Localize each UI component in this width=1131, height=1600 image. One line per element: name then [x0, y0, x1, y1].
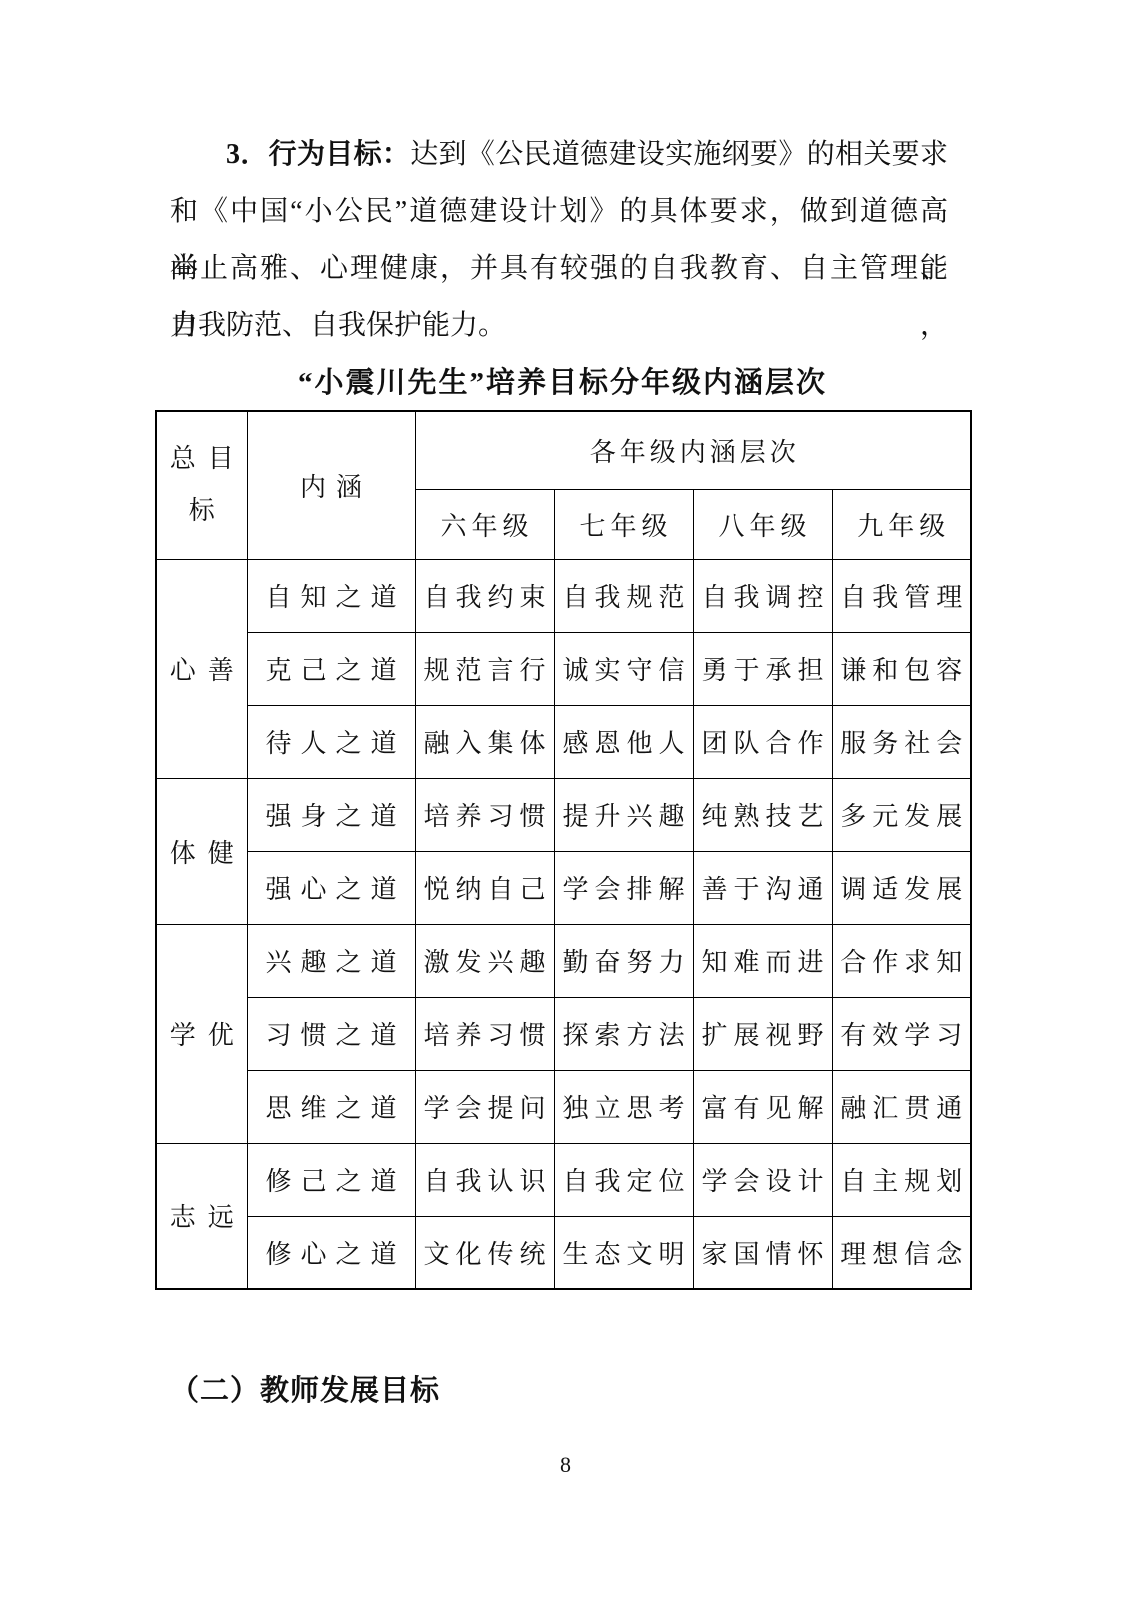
value-cell: 规范言行 [415, 632, 554, 705]
value-cell: 调适发展 [832, 851, 971, 924]
value-cell: 谦和包容 [832, 632, 971, 705]
table-row: 体健 强身之道 培养习惯 提升兴趣 纯熟技艺 多元发展 [156, 778, 971, 851]
header-grade-levels-span: 各年级内涵层次 [415, 411, 971, 489]
header-row-1: 总目 标 内涵 各年级内涵层次 [156, 411, 971, 489]
group-name-xueyou: 学优 [156, 924, 247, 1143]
table-row: 克己之道 规范言行 诚实守信 勇于承担 谦和包容 [156, 632, 971, 705]
value-cell: 培养习惯 [415, 997, 554, 1070]
table-row: 待人之道 融入集体 感恩他人 团队合作 服务社会 [156, 705, 971, 778]
group-name-tijian: 体健 [156, 778, 247, 924]
header-grade-6: 六年级 [415, 489, 554, 559]
value-cell: 善于沟通 [693, 851, 832, 924]
value-cell: 学会排解 [554, 851, 693, 924]
value-cell: 富有见解 [693, 1070, 832, 1143]
value-cell: 勇于承担 [693, 632, 832, 705]
value-cell: 自我约束 [415, 559, 554, 632]
value-cell: 自我规范 [554, 559, 693, 632]
header-connotation: 内涵 [247, 411, 415, 559]
dao-cell: 自知之道 [247, 559, 415, 632]
dao-cell: 修己之道 [247, 1143, 415, 1216]
value-cell: 融入集体 [415, 705, 554, 778]
value-cell: 理想信念 [832, 1216, 971, 1289]
table-row: 心善 自知之道 自我约束 自我规范 自我调控 自我管理 [156, 559, 971, 632]
group-name-zhiyuan: 志远 [156, 1143, 247, 1289]
value-cell: 服务社会 [832, 705, 971, 778]
dao-cell: 兴趣之道 [247, 924, 415, 997]
paragraph-lead-bold: 3．行为目标： [226, 139, 410, 170]
value-cell: 诚实守信 [554, 632, 693, 705]
group-name-xinshan: 心善 [156, 559, 247, 778]
dao-cell: 强身之道 [247, 778, 415, 851]
value-cell: 多元发展 [832, 778, 971, 851]
table-row: 强心之道 悦纳自己 学会排解 善于沟通 调适发展 [156, 851, 971, 924]
value-cell: 文化传统 [415, 1216, 554, 1289]
document-page: 3．行为目标：达到《公民道德建设实施纲要》的相关要求 和《中国“小公民”道德建设… [0, 0, 1131, 1600]
header-overall-goal-line2: 标 [157, 485, 247, 537]
value-cell: 自我调控 [693, 559, 832, 632]
paragraph-line-1: 3．行为目标：达到《公民道德建设实施纲要》的相关要求 [170, 126, 948, 183]
section-heading-teacher-development: （二）教师发展目标 [170, 1368, 440, 1409]
paragraph-line-1-text: 达到《公民道德建设实施纲要》的相关要求 [410, 139, 948, 170]
value-cell: 独立思考 [554, 1070, 693, 1143]
value-cell: 融汇贯通 [832, 1070, 971, 1143]
value-cell: 纯熟技艺 [693, 778, 832, 851]
header-grade-8: 八年级 [693, 489, 832, 559]
table-row: 修心之道 文化传统 生态文明 家国情怀 理想信念 [156, 1216, 971, 1289]
value-cell: 培养习惯 [415, 778, 554, 851]
dao-cell: 思维之道 [247, 1070, 415, 1143]
value-cell: 激发兴趣 [415, 924, 554, 997]
table-row: 思维之道 学会提问 独立思考 富有见解 融汇贯通 [156, 1070, 971, 1143]
paragraph-line-2: 和《中国“小公民”道德建设计划》的具体要求，做到道德高尚、 [170, 183, 948, 240]
dao-cell: 强心之道 [247, 851, 415, 924]
value-cell: 自我定位 [554, 1143, 693, 1216]
paragraph-line-3: 举止高雅、心理健康，并具有较强的自我教育、自主管理能力， [170, 240, 948, 297]
header-overall-goal: 总目 标 [156, 411, 247, 559]
value-cell: 团队合作 [693, 705, 832, 778]
value-cell: 知难而进 [693, 924, 832, 997]
table-row: 志远 修己之道 自我认识 自我定位 学会设计 自主规划 [156, 1143, 971, 1216]
value-cell: 有效学习 [832, 997, 971, 1070]
header-grade-9: 九年级 [832, 489, 971, 559]
dao-cell: 待人之道 [247, 705, 415, 778]
value-cell: 自我管理 [832, 559, 971, 632]
value-cell: 学会设计 [693, 1143, 832, 1216]
value-cell: 感恩他人 [554, 705, 693, 778]
value-cell: 扩展视野 [693, 997, 832, 1070]
value-cell: 生态文明 [554, 1216, 693, 1289]
page-number: 8 [0, 1452, 1131, 1478]
value-cell: 合作求知 [832, 924, 971, 997]
table-row: 学优 兴趣之道 激发兴趣 勤奋努力 知难而进 合作求知 [156, 924, 971, 997]
value-cell: 自主规划 [832, 1143, 971, 1216]
value-cell: 探索方法 [554, 997, 693, 1070]
header-overall-goal-line1: 总目 [157, 433, 247, 485]
training-goals-table: 总目 标 内涵 各年级内涵层次 六年级 七年级 八年级 九年级 心善 自知之道 … [155, 410, 972, 1290]
value-cell: 悦纳自己 [415, 851, 554, 924]
value-cell: 学会提问 [415, 1070, 554, 1143]
dao-cell: 习惯之道 [247, 997, 415, 1070]
behavior-goal-paragraph: 3．行为目标：达到《公民道德建设实施纲要》的相关要求 和《中国“小公民”道德建设… [170, 126, 948, 354]
value-cell: 勤奋努力 [554, 924, 693, 997]
table-row: 习惯之道 培养习惯 探索方法 扩展视野 有效学习 [156, 997, 971, 1070]
header-grade-7: 七年级 [554, 489, 693, 559]
dao-cell: 克己之道 [247, 632, 415, 705]
table-title: “小震川先生”培养目标分年级内涵层次 [155, 360, 970, 401]
value-cell: 自我认识 [415, 1143, 554, 1216]
value-cell: 提升兴趣 [554, 778, 693, 851]
value-cell: 家国情怀 [693, 1216, 832, 1289]
dao-cell: 修心之道 [247, 1216, 415, 1289]
